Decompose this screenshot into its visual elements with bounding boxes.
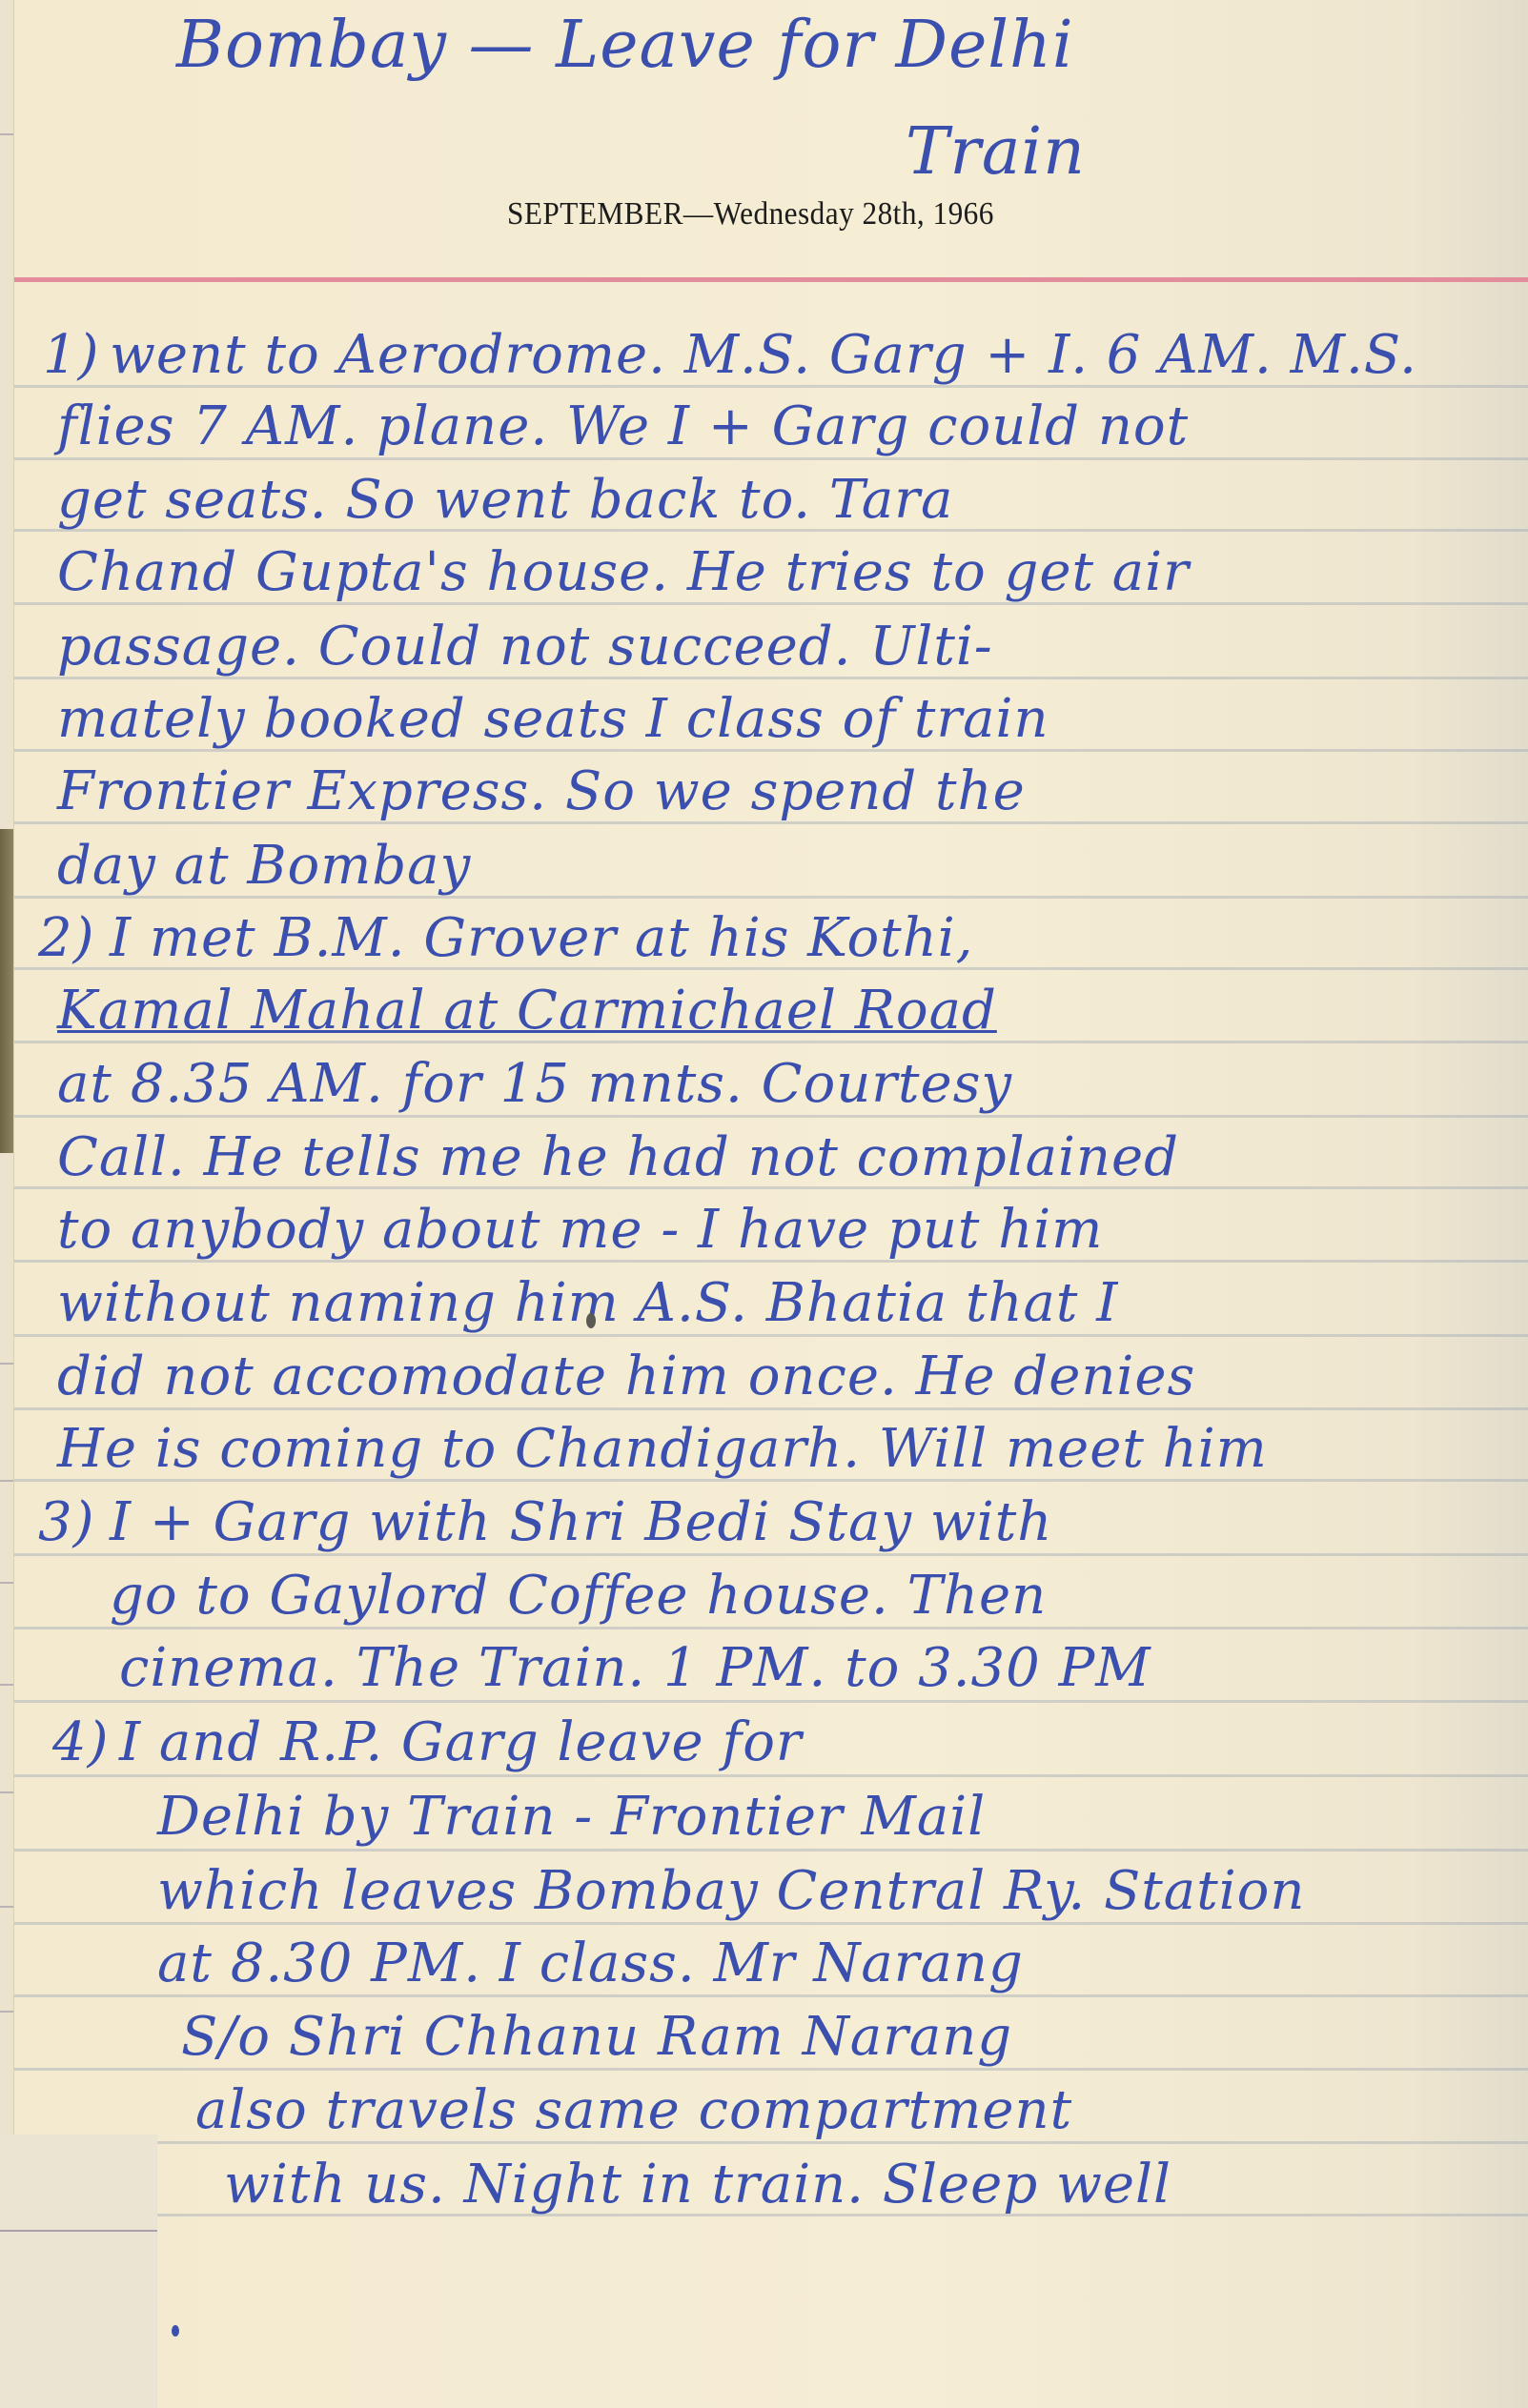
entry-line: get seats. So went back to. Tara <box>57 469 953 531</box>
entry-line: S/o Shri Chhanu Ram Narang <box>181 2006 1012 2068</box>
entry-line: also travels same compartment <box>195 2079 1072 2141</box>
red-header-rule <box>14 277 1528 282</box>
entry-line: passage. Could not succeed. Ulti- <box>57 616 993 678</box>
ruled-line <box>14 1922 1528 1925</box>
entry-line: at 8.30 PM. I class. Mr Narang <box>157 1932 1024 1994</box>
entry-line: at 8.35 AM. for 15 mnts. Courtesy <box>57 1053 1012 1115</box>
entry-line: go to Gaylord Coffee house. Then <box>110 1565 1047 1627</box>
entry-line: Kamal Mahal at Carmichael Road <box>57 980 997 1042</box>
entry-number: 1) <box>43 324 99 386</box>
entry-number: 4) <box>52 1711 109 1773</box>
entry-line: flies 7 AM. plane. We I + Garg could not <box>57 395 1189 457</box>
entry-line: did not accomodate him once. He denies <box>57 1346 1195 1407</box>
entry-line: Call. He tells me he had not complained <box>57 1126 1179 1188</box>
entry-line: He is coming to Chandigarh. Will meet hi… <box>57 1418 1268 1480</box>
entry-line: with us. Night in train. Sleep well <box>224 2154 1171 2216</box>
handwritten-subtitle: Train <box>906 114 1086 190</box>
entry-number: 3) <box>38 1491 94 1553</box>
ruled-line <box>14 1849 1528 1852</box>
entry-line: went to Aerodrome. M.S. Garg + I. 6 AM. … <box>110 324 1417 386</box>
ruled-line <box>14 2068 1528 2071</box>
ruled-line <box>14 1553 1528 1556</box>
ruled-line <box>14 1627 1528 1629</box>
ruled-line <box>14 1334 1528 1337</box>
entry-line: Chand Gupta's house. He tries to get air <box>57 541 1190 603</box>
ruled-line <box>14 1700 1528 1703</box>
diary-page: Bombay — Leave for Delhi Train SEPTEMBER… <box>13 0 1528 2408</box>
ruled-line <box>14 2141 1528 2144</box>
printed-date-heading: SEPTEMBER—Wednesday 28th, 1966 <box>507 196 994 233</box>
entry-line: I and R.P. Garg leave for <box>119 1711 803 1773</box>
entry-line: mately booked seats I class of train <box>57 688 1049 750</box>
ink-blot <box>586 1313 596 1328</box>
entry-line: to anybody about me - I have put him <box>57 1199 1103 1261</box>
entry-line: Frontier Express. So we spend the <box>57 760 1026 822</box>
entry-line: cinema. The Train. 1 PM. to 3.30 PM <box>119 1637 1151 1699</box>
entry-line: which leaves Bombay Central Ry. Station <box>157 1860 1305 1922</box>
ruled-line <box>14 1994 1528 1997</box>
handwritten-title: Bombay — Leave for Delhi <box>176 8 1074 83</box>
underlying-rule <box>0 2230 157 2232</box>
ruled-line <box>14 1115 1528 1118</box>
entry-line: I met B.M. Grover at his Kothi, <box>110 907 973 969</box>
ink-mark <box>172 2325 179 2337</box>
entry-line: I + Garg with Shri Bedi Stay with <box>110 1491 1052 1553</box>
ruled-line <box>14 457 1528 460</box>
entry-line: Delhi by Train - Frontier Mail <box>157 1786 986 1848</box>
ruled-line <box>14 1774 1528 1777</box>
binding-shadow <box>0 829 13 1153</box>
entry-line: day at Bombay <box>57 835 471 897</box>
underlying-page-tab-area <box>0 2135 157 2408</box>
entry-number: 2) <box>38 907 94 969</box>
ruled-line <box>14 1407 1528 1410</box>
